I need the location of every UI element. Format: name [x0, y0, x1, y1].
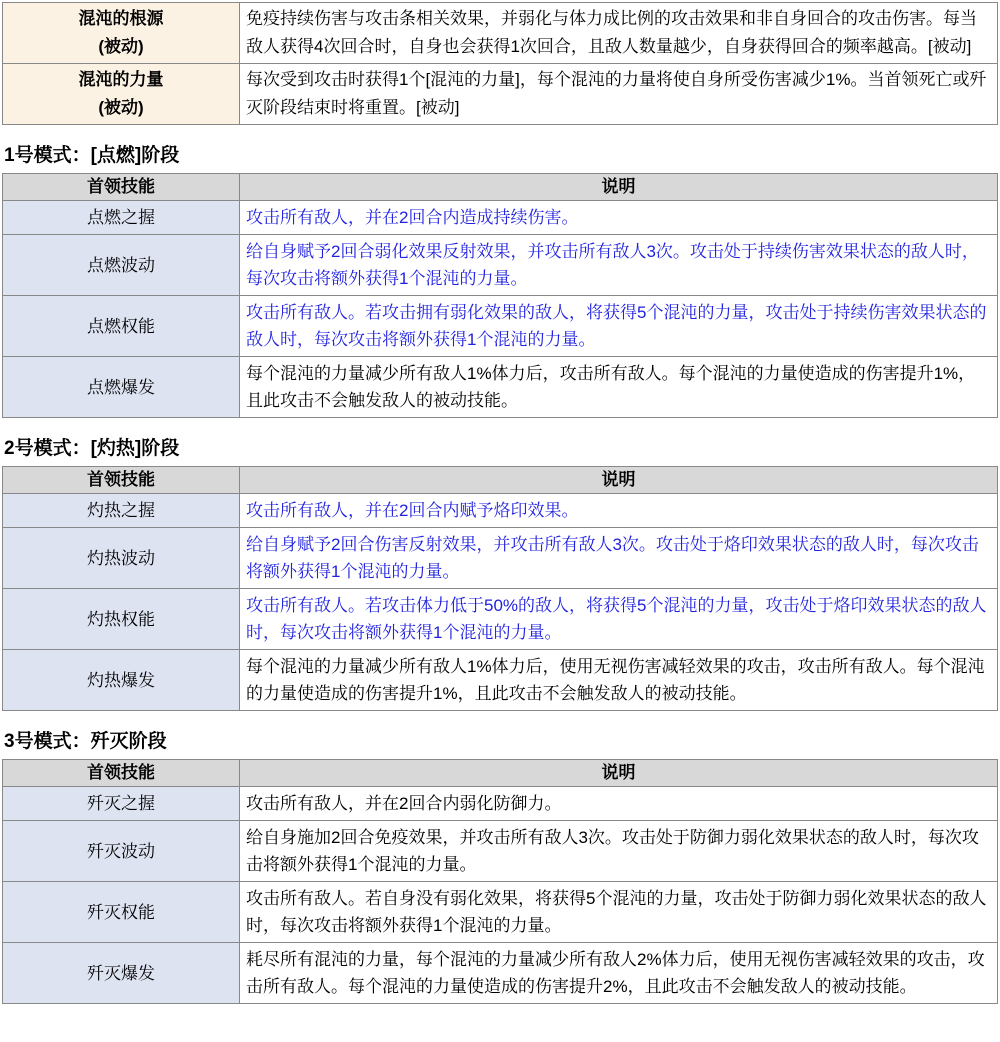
table-row: 点燃波动 给自身赋予2回合弱化效果反射效果，并攻击所有敌人3次。攻击处于持续伤害… [3, 235, 998, 296]
section-heading-mode1: 1号模式：[点燃]阶段 [4, 144, 998, 168]
table-row: 灼热爆发 每个混沌的力量减少所有敌人1%体力后，使用无视伤害减轻效果的攻击，攻击… [3, 650, 998, 711]
skill-desc-cell: 每个混沌的力量减少所有敌人1%体力后，使用无视伤害减轻效果的攻击，攻击所有敌人。… [240, 650, 998, 711]
skill-desc-cell: 攻击所有敌人。若攻击拥有弱化效果的敌人，将获得5个混沌的力量，攻击处于持续伤害效… [240, 296, 998, 357]
skill-name-cell: 歼灭波动 [3, 821, 240, 882]
skill-name-cell: 灼热波动 [3, 528, 240, 589]
column-header-skill: 首领技能 [3, 174, 240, 201]
table-header-row: 首领技能 说明 [3, 760, 998, 787]
passive-name: 混沌的根源 [5, 5, 237, 33]
page: 混沌的根源 (被动) 免疫持续伤害与攻击条相关效果，并弱化与体力成比例的攻击效果… [0, 0, 1000, 1010]
table-row: 点燃权能 攻击所有敌人。若攻击拥有弱化效果的敌人，将获得5个混沌的力量，攻击处于… [3, 296, 998, 357]
column-header-desc: 说明 [240, 467, 998, 494]
section-heading-mode3: 3号模式：歼灭阶段 [4, 730, 998, 754]
skill-name-cell: 灼热之握 [3, 494, 240, 528]
skill-name-cell: 歼灭爆发 [3, 943, 240, 1004]
section-heading-mode2: 2号模式：[灼热]阶段 [4, 437, 998, 461]
table-header-row: 首领技能 说明 [3, 174, 998, 201]
skill-name-cell: 点燃权能 [3, 296, 240, 357]
table-row: 灼热波动 给自身赋予2回合伤害反射效果，并攻击所有敌人3次。攻击处于烙印效果状态… [3, 528, 998, 589]
passive-tag: (被动) [5, 33, 237, 61]
skill-name-cell: 歼灭之握 [3, 787, 240, 821]
passives-table: 混沌的根源 (被动) 免疫持续伤害与攻击条相关效果，并弱化与体力成比例的攻击效果… [2, 2, 998, 125]
table-row: 点燃爆发 每个混沌的力量减少所有敌人1%体力后，攻击所有敌人。每个混沌的力量使造… [3, 357, 998, 418]
table-row: 歼灭之握 攻击所有敌人，并在2回合内弱化防御力。 [3, 787, 998, 821]
passive-name: 混沌的力量 [5, 66, 237, 94]
table-row: 灼热权能 攻击所有敌人。若攻击体力低于50%的敌人，将获得5个混沌的力量，攻击处… [3, 589, 998, 650]
table-header-row: 首领技能 说明 [3, 467, 998, 494]
skill-table-mode3: 首领技能 说明 歼灭之握 攻击所有敌人，并在2回合内弱化防御力。 歼灭波动 给自… [2, 759, 998, 1004]
skill-name-cell: 灼热爆发 [3, 650, 240, 711]
skill-desc-cell: 给自身赋予2回合伤害反射效果，并攻击所有敌人3次。攻击处于烙印效果状态的敌人时，… [240, 528, 998, 589]
table-row: 歼灭权能 攻击所有敌人。若自身没有弱化效果，将获得5个混沌的力量，攻击处于防御力… [3, 882, 998, 943]
skill-desc-cell: 攻击所有敌人，并在2回合内赋予烙印效果。 [240, 494, 998, 528]
skill-desc-cell: 耗尽所有混沌的力量，每个混沌的力量减少所有敌人2%体力后，使用无视伤害减轻效果的… [240, 943, 998, 1004]
skill-desc-cell: 给自身赋予2回合弱化效果反射效果，并攻击所有敌人3次。攻击处于持续伤害效果状态的… [240, 235, 998, 296]
column-header-desc: 说明 [240, 760, 998, 787]
passive-desc-cell: 每次受到攻击时获得1个[混沌的力量]，每个混沌的力量将使自身所受伤害减少1%。当… [240, 64, 998, 125]
column-header-skill: 首领技能 [3, 467, 240, 494]
column-header-skill: 首领技能 [3, 760, 240, 787]
skill-desc-cell: 给自身施加2回合免疫效果，并攻击所有敌人3次。攻击处于防御力弱化效果状态的敌人时… [240, 821, 998, 882]
table-row: 混沌的力量 (被动) 每次受到攻击时获得1个[混沌的力量]，每个混沌的力量将使自… [3, 64, 998, 125]
skill-name-cell: 歼灭权能 [3, 882, 240, 943]
skill-desc-cell: 每个混沌的力量减少所有敌人1%体力后，攻击所有敌人。每个混沌的力量使造成的伤害提… [240, 357, 998, 418]
passive-tag: (被动) [5, 94, 237, 122]
table-row: 混沌的根源 (被动) 免疫持续伤害与攻击条相关效果，并弱化与体力成比例的攻击效果… [3, 3, 998, 64]
skill-name-cell: 点燃爆发 [3, 357, 240, 418]
column-header-desc: 说明 [240, 174, 998, 201]
table-row: 点燃之握 攻击所有敌人，并在2回合内造成持续伤害。 [3, 201, 998, 235]
passive-desc-cell: 免疫持续伤害与攻击条相关效果，并弱化与体力成比例的攻击效果和非自身回合的攻击伤害… [240, 3, 998, 64]
skill-desc-cell: 攻击所有敌人。若攻击体力低于50%的敌人，将获得5个混沌的力量，攻击处于烙印效果… [240, 589, 998, 650]
skill-desc-cell: 攻击所有敌人，并在2回合内造成持续伤害。 [240, 201, 998, 235]
skill-name-cell: 灼热权能 [3, 589, 240, 650]
skill-name-cell: 点燃波动 [3, 235, 240, 296]
table-row: 灼热之握 攻击所有敌人，并在2回合内赋予烙印效果。 [3, 494, 998, 528]
passive-name-cell: 混沌的力量 (被动) [3, 64, 240, 125]
passive-name-cell: 混沌的根源 (被动) [3, 3, 240, 64]
skill-name-cell: 点燃之握 [3, 201, 240, 235]
table-row: 歼灭爆发 耗尽所有混沌的力量，每个混沌的力量减少所有敌人2%体力后，使用无视伤害… [3, 943, 998, 1004]
skill-desc-cell: 攻击所有敌人。若自身没有弱化效果，将获得5个混沌的力量，攻击处于防御力弱化效果状… [240, 882, 998, 943]
skill-table-mode2: 首领技能 说明 灼热之握 攻击所有敌人，并在2回合内赋予烙印效果。 灼热波动 给… [2, 466, 998, 711]
skill-desc-cell: 攻击所有敌人，并在2回合内弱化防御力。 [240, 787, 998, 821]
table-row: 歼灭波动 给自身施加2回合免疫效果，并攻击所有敌人3次。攻击处于防御力弱化效果状… [3, 821, 998, 882]
skill-table-mode1: 首领技能 说明 点燃之握 攻击所有敌人，并在2回合内造成持续伤害。 点燃波动 给… [2, 173, 998, 418]
